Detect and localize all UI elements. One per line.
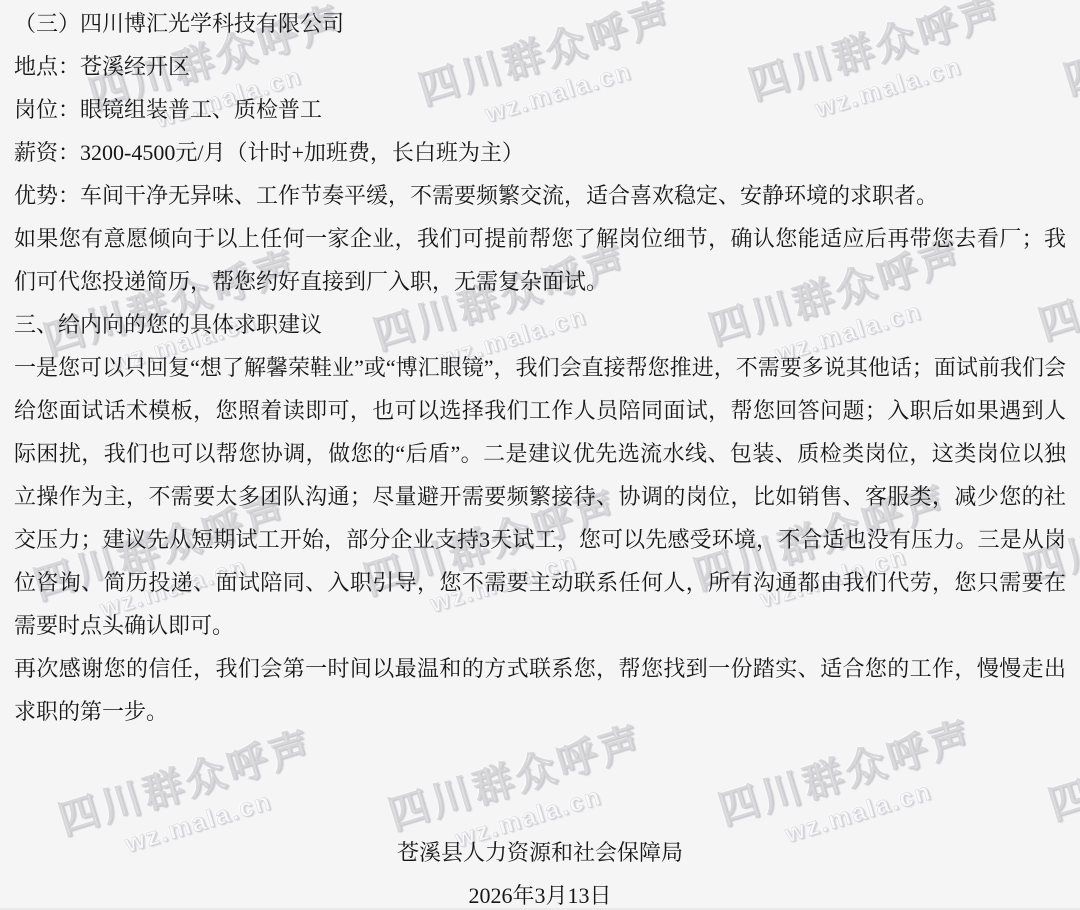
document-page: 四川群众呼声wz.mala.cn 四川群众呼声wz.mala.cn 四川群众呼声…	[0, 0, 1080, 910]
document-body: （三）四川博汇光学科技有限公司 地点：苍溪经开区 岗位：眼镜组装普工、质检普工 …	[0, 0, 1080, 910]
intro-paragraph: 如果您有意愿倾向于以上任何一家企业，我们可提前帮您了解岗位细节，确认您能适应后再…	[14, 217, 1066, 303]
company-heading: （三）四川博汇光学科技有限公司	[14, 2, 1066, 45]
position-line: 岗位：眼镜组装普工、质检普工	[14, 88, 1066, 131]
advantage-line: 优势：车间干净无异味、工作节奏平缓，不需要频繁交流，适合喜欢稳定、安静环境的求职…	[14, 174, 1066, 217]
closing-paragraph: 再次感谢您的信任，我们会第一时间以最温和的方式联系您，帮您找到一份踏实、适合您的…	[14, 647, 1066, 733]
salary-line: 薪资：3200-4500元/月（计时+加班费，长白班为主）	[14, 131, 1066, 174]
location-line: 地点：苍溪经开区	[14, 45, 1066, 88]
advice-paragraph: 一是您可以只回复“想了解馨荣鞋业”或“博汇眼镜”，我们会直接帮您推进，不需要多说…	[14, 346, 1066, 647]
signature-agency: 苍溪县人力资源和社会保障局	[14, 831, 1066, 874]
signature-block: 苍溪县人力资源和社会保障局 2026年3月13日	[14, 831, 1066, 910]
signature-date: 2026年3月13日	[14, 874, 1066, 910]
section-heading: 三、给内向的您的具体求职建议	[14, 303, 1066, 346]
